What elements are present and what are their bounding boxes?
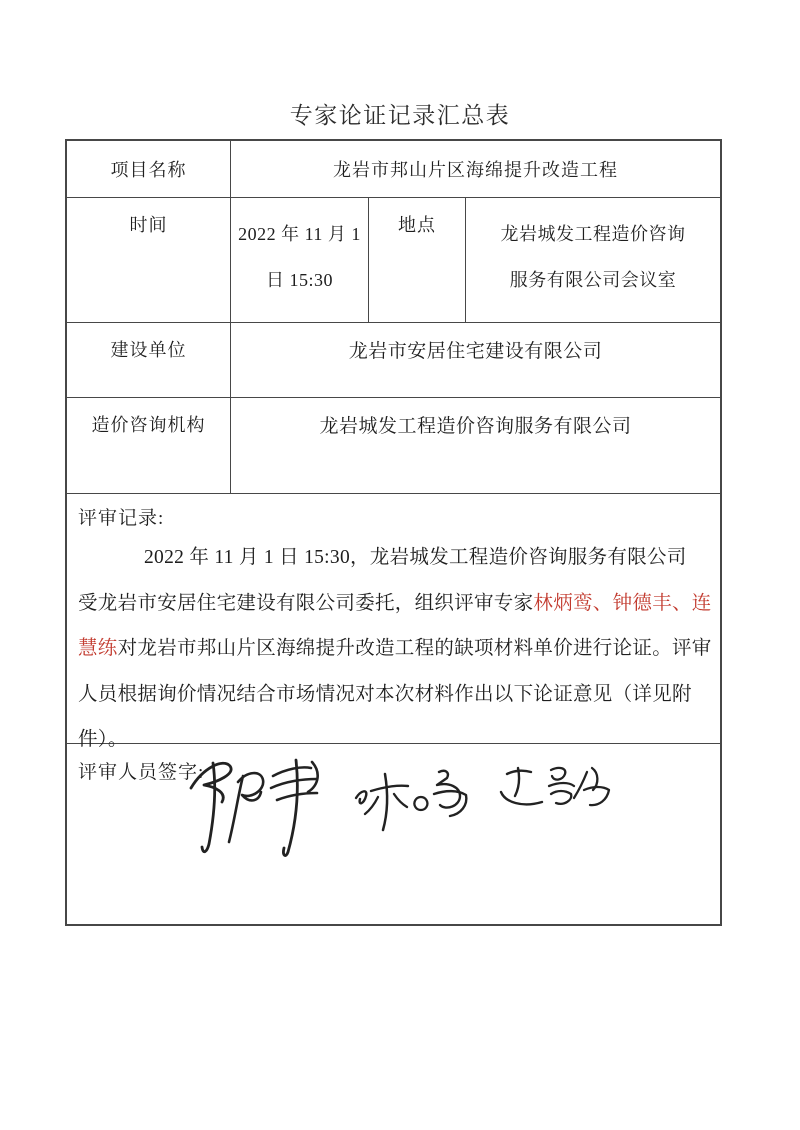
table-row-builder: 建设单位 龙岩市安居住宅建设有限公司 <box>67 323 720 398</box>
builder-value: 龙岩市安居住宅建设有限公司 <box>231 323 720 397</box>
review-paragraph-line2: 受龙岩市安居住宅建设有限公司委托，组织评审专家林炳鸾、钟德丰、连 <box>78 581 712 627</box>
page-title: 专家论证记录汇总表 <box>0 97 800 130</box>
review-label: 评审记录: <box>78 503 712 535</box>
handwritten-signature-2 <box>349 764 479 834</box>
review-text: 受龙岩市安居住宅建设有限公司委托，组织评审专家 <box>78 593 533 614</box>
handwritten-signature-3 <box>495 758 615 814</box>
review-text: 2022 年 11 月 1 日 15:30，龙岩城发工程造价咨询服务有限公司 <box>144 547 687 568</box>
agency-value: 龙岩城发工程造价咨询服务有限公司 <box>231 398 720 493</box>
place-value-line2: 服务有限公司会议室 <box>501 257 686 303</box>
time-label: 时间 <box>67 198 231 322</box>
place-value: 龙岩城发工程造价咨询 服务有限公司会议室 <box>466 198 720 322</box>
review-text: 人员根据询价情况结合市场情况对本次材料作出以下论证意见（详见附 <box>78 684 692 705</box>
expert-names-red: 慧练 <box>78 638 118 659</box>
table-row-agency: 造价咨询机构 龙岩城发工程造价咨询服务有限公司 <box>67 398 720 494</box>
table-row-time-place: 时间 2022 年 11 月 1 日 15:30 地点 龙岩城发工程造价咨询 服… <box>67 198 720 323</box>
review-record-cell: 评审记录: 2022 年 11 月 1 日 15:30，龙岩城发工程造价咨询服务… <box>67 494 723 743</box>
table-row-signatures: 评审人员签字: <box>67 744 720 924</box>
table-row-review: 评审记录: 2022 年 11 月 1 日 15:30，龙岩城发工程造价咨询服务… <box>67 494 720 744</box>
table-row-project: 项目名称 龙岩市邦山片区海绵提升改造工程 <box>67 141 720 198</box>
place-value-line1: 龙岩城发工程造价咨询 <box>501 211 686 257</box>
summary-table: 项目名称 龙岩市邦山片区海绵提升改造工程 时间 2022 年 11 月 1 日 … <box>65 139 722 926</box>
place-label: 地点 <box>369 198 466 322</box>
signature-cell: 评审人员签字: <box>67 744 720 924</box>
review-paragraph-line1: 2022 年 11 月 1 日 15:30，龙岩城发工程造价咨询服务有限公司 <box>78 535 712 581</box>
project-label: 项目名称 <box>67 141 231 197</box>
review-paragraph-line4: 人员根据询价情况结合市场情况对本次材料作出以下论证意见（详见附 <box>78 672 712 718</box>
project-value: 龙岩市邦山片区海绵提升改造工程 <box>231 141 720 197</box>
time-value-line2: 日 15:30 <box>238 257 361 303</box>
agency-label: 造价咨询机构 <box>67 398 231 493</box>
builder-label: 建设单位 <box>67 323 231 397</box>
review-paragraph-line3: 慧练对龙岩市邦山片区海绵提升改造工程的缺项材料单价进行论证。评审 <box>78 626 712 672</box>
review-text: 对龙岩市邦山片区海绵提升改造工程的缺项材料单价进行论证。评审 <box>118 638 712 659</box>
time-value: 2022 年 11 月 1 日 15:30 <box>231 198 369 322</box>
handwritten-signature-1 <box>183 752 327 864</box>
scanned-document-page: { "doc": { "title": "专家论证记录汇总表" }, "tabl… <box>0 0 800 1130</box>
time-value-line1: 2022 年 11 月 1 <box>238 211 361 257</box>
expert-names-red: 林炳鸾、钟德丰、连 <box>533 593 711 614</box>
